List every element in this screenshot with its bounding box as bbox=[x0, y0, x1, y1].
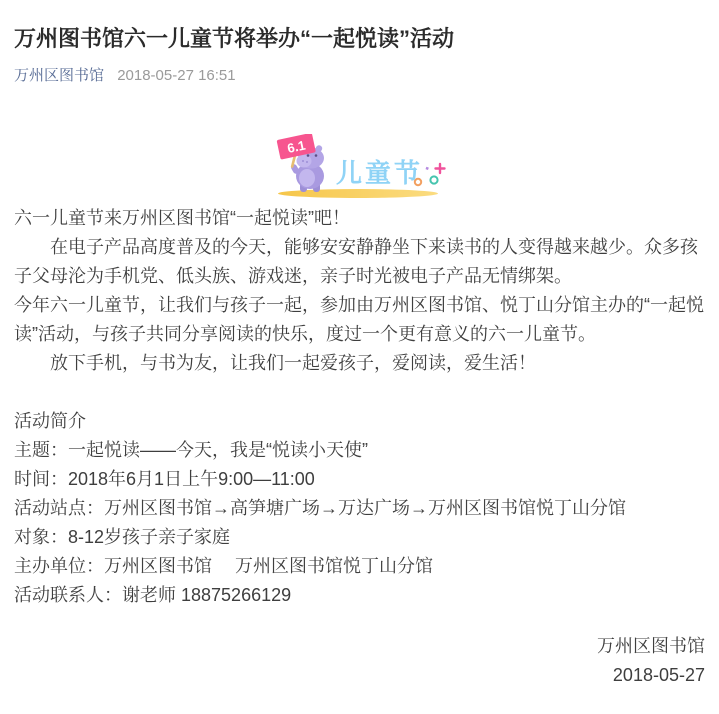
detail-line-route: 活动站点：万州区图书馆→高笋塘广场→万达广场→万州区图书馆悦丁山分馆 bbox=[14, 494, 705, 523]
paragraph: 放下手机，与书为友，让我们一起爱孩子，爱阅读，爱生活！ bbox=[14, 349, 705, 378]
publish-time: 2018-05-27 16:51 bbox=[117, 67, 235, 84]
article-byline: 万州区图书馆 2018-05-27 16:51 bbox=[14, 66, 705, 86]
article-title: 万州图书馆六一儿童节将举办“一起悦读”活动 bbox=[14, 24, 705, 54]
paragraph: 在电子产品高度普及的今天，能够安安静静坐下来读书的人变得越来越少。众多孩子父母沦… bbox=[14, 233, 705, 291]
hippo-mascot-illustration: 6.1 bbox=[276, 134, 323, 192]
detail-line-time: 时间：2018年6月1日上午9:00—11:00 bbox=[14, 465, 705, 494]
article-page: 万州图书馆六一儿童节将举办“一起悦读”活动 万州区图书馆 2018-05-27 … bbox=[0, 24, 719, 690]
signature-name: 万州区图书馆 bbox=[14, 632, 705, 661]
detail-line-contact: 活动联系人：谢老师 18875266129 bbox=[14, 581, 705, 610]
detail-line-audience: 对象：8-12岁孩子亲子家庭 bbox=[14, 523, 705, 552]
signature-date: 2018-05-27 bbox=[14, 661, 705, 690]
article-body: 六一儿童节来万州区图书馆“一起悦读”吧！ 在电子产品高度普及的今天，能够安安静静… bbox=[14, 204, 705, 690]
children-day-banner-illustration: 6.1 儿童节 bbox=[270, 134, 450, 200]
banner-title-text: 儿童节 bbox=[336, 158, 423, 188]
detail-line-organizer: 主办单位：万州区图书馆 万州区图书馆悦丁山分馆 bbox=[14, 552, 705, 581]
banner-image: 6.1 儿童节 bbox=[14, 134, 705, 200]
detail-line-theme: 主题：一起悦读——今天，我是“悦读小天使” bbox=[14, 436, 705, 465]
detail-line-intro-heading: 活动简介 bbox=[14, 407, 705, 436]
blank-line-spacer bbox=[14, 610, 705, 632]
paragraph: 六一儿童节来万州区图书馆“一起悦读”吧！ bbox=[14, 204, 705, 233]
article-signature: 万州区图书馆 2018-05-27 bbox=[14, 632, 705, 690]
blank-line-spacer bbox=[14, 378, 705, 407]
paragraph: 今年六一儿童节，让我们与孩子一起，参加由万州区图书馆、悦丁山分馆主办的“一起悦读… bbox=[14, 291, 705, 349]
account-name-link[interactable]: 万州区图书馆 bbox=[14, 67, 104, 84]
